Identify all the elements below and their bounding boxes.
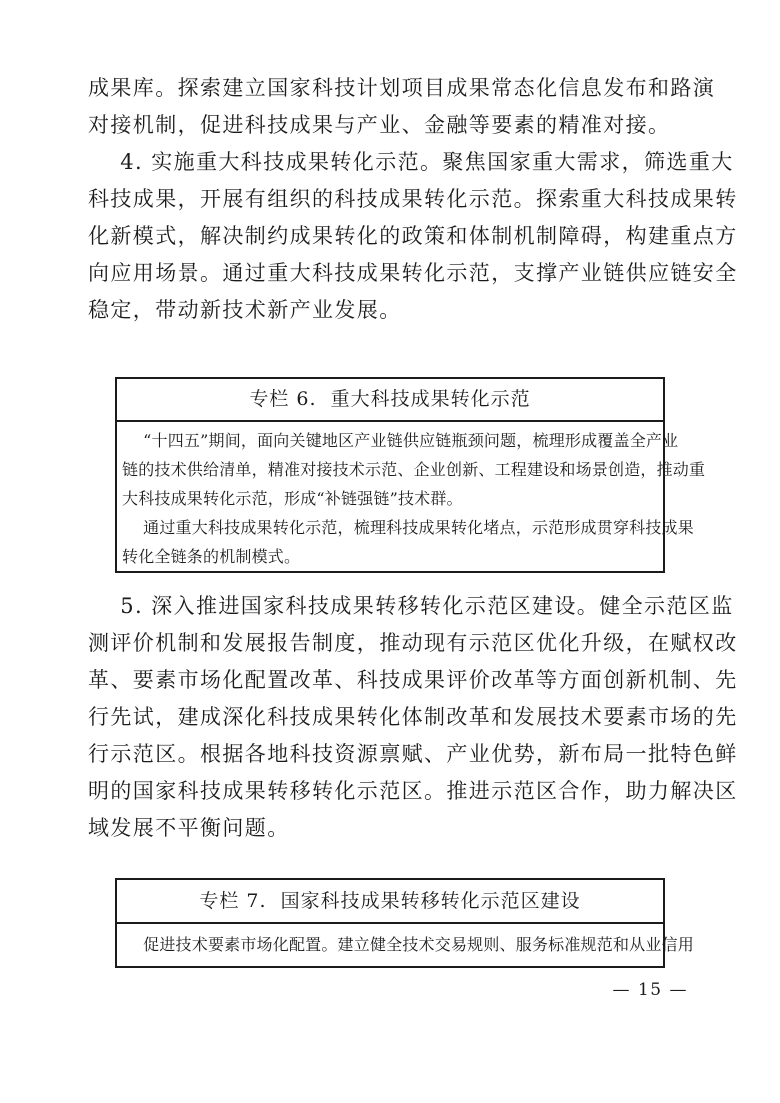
paragraph-5-demo-zones: 5. 深入推进国家科技成果转移转化示范区建设。健全示范区监测评价机制和发展报告制… [88,588,694,847]
text-line: 科技成果，开展有组织的科技成果转化示范。探索重大科技成果转 [88,181,694,218]
box-6-body: “十四五”期间，面向关键地区产业链供应链瓶颈问题，梳理形成覆盖全产业链的技术供给… [117,422,663,571]
text-line: 革、要素市场化配置改革、科技成果评价改革等方面创新机制、先 [88,662,694,699]
text-line: 测评价机制和发展报告制度，推动现有示范区优化升级，在赋权改 [88,625,694,662]
text-line: 行示范区。根据各地科技资源禀赋、产业优势，新布局一批特色鲜 [88,736,694,773]
box-7-body: 促进技术要素市场化配置。建立健全技术交易规则、服务标准规范和从业信用 [117,924,663,959]
text-line: 行先试，建成深化科技成果转化体制改革和发展技术要素市场的先 [88,699,694,736]
text-line: 化新模式，解决制约成果转化的政策和体制机制障碍，构建重点方 [88,218,694,255]
text-line: 转化全链条的机制模式。 [122,542,658,571]
text-line: 域发展不平衡问题。 [88,810,694,847]
text-line: 链的技术供给清单，精准对接技术示范、企业创新、工程建设和场景创造，推动重 [122,455,658,484]
paragraph-continuation: 成果库。探索建立国家科技计划项目成果常态化信息发布和路演对接机制，促进科技成果与… [88,70,694,144]
box-7-title: 专栏 7. 国家科技成果转移转化示范区建设 [117,880,663,924]
box-zhuanlan-6: 专栏 6. 重大科技成果转化示范 “十四五”期间，面向关键地区产业链供应链瓶颈问… [115,377,665,573]
box-6-title: 专栏 6. 重大科技成果转化示范 [117,379,663,422]
document-page: 成果库。探索建立国家科技计划项目成果常态化信息发布和路演对接机制，促进科技成果与… [0,0,780,1103]
text-line: 明的国家科技成果转移转化示范区。推进示范区合作，助力解决区 [88,773,694,810]
text-line: 稳定，带动新技术新产业发展。 [88,292,694,329]
text-line: “十四五”期间，面向关键地区产业链供应链瓶颈问题，梳理形成覆盖全产业 [122,426,658,455]
text-line: 成果库。探索建立国家科技计划项目成果常态化信息发布和路演 [88,70,694,107]
text-line: 对接机制，促进科技成果与产业、金融等要素的精准对接。 [88,107,694,144]
box-zhuanlan-7: 专栏 7. 国家科技成果转移转化示范区建设 促进技术要素市场化配置。建立健全技术… [115,878,665,968]
text-line: 5. 深入推进国家科技成果转移转化示范区建设。健全示范区监 [88,588,694,625]
text-line: 通过重大科技成果转化示范，梳理科技成果转化堵点，示范形成贯穿科技成果 [122,513,658,542]
text-line: 大科技成果转化示范，形成“补链强链”技术群。 [122,484,658,513]
page-number: — 15 — [88,980,688,1000]
text-line: 向应用场景。通过重大科技成果转化示范，支撑产业链供应链安全 [88,255,694,292]
paragraph-4-major-demo: 4. 实施重大科技成果转化示范。聚焦国家重大需求，筛选重大科技成果，开展有组织的… [88,144,694,329]
text-line: 4. 实施重大科技成果转化示范。聚焦国家重大需求，筛选重大 [88,144,694,181]
text-line: 促进技术要素市场化配置。建立健全技术交易规则、服务标准规范和从业信用 [122,930,658,959]
